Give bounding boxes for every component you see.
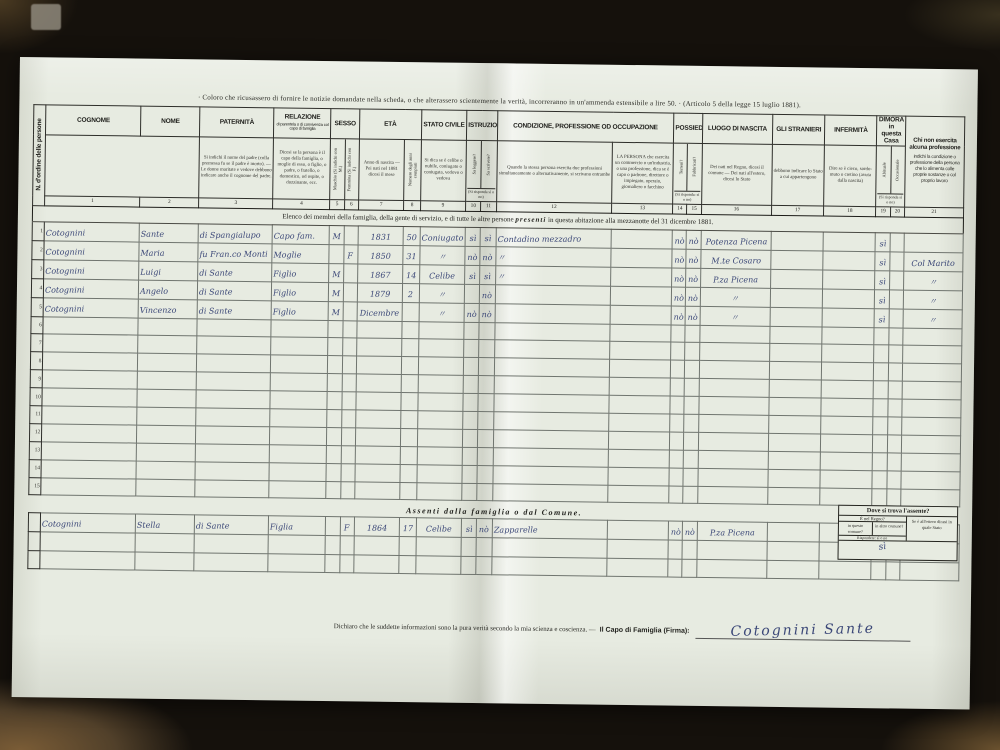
cell-col5 [326,481,340,499]
cell-col3 [196,426,270,445]
cell-col10: sì [465,265,480,284]
row-number: 6 [31,316,44,334]
cell-col15: nò [686,268,700,287]
cell-col8 [401,411,417,429]
cell-col7: 1867 [357,263,403,283]
cell-col5: M [328,301,342,320]
cell-col8 [400,482,416,500]
handwritten-entry: sì [469,271,476,280]
header-infermita: INFERMITÀ [825,115,878,145]
cell-col4 [269,462,326,481]
cell-col11 [478,376,493,394]
cell-col13 [609,449,670,468]
cell-col9 [417,447,463,465]
handwritten-entry: nò [479,526,489,535]
handwritten-entry: 〃 [438,289,446,300]
present-rows: 1CotogniniSantedi SpangialupoCapo fam.M1… [29,221,964,507]
cell-col4 [271,337,328,356]
cell-col12 [494,358,610,377]
cell-col21 [901,453,960,472]
header-eta: ETÀ [359,109,421,139]
desc-stranieri: debbono indicare lo Stato a cui apparten… [772,144,825,206]
cell-col7 [354,536,400,555]
handwritten-entry: P.za Picena [710,529,755,538]
cell-col15: nò [686,249,700,268]
cell-col1 [40,551,135,571]
cell-col3: di Sante [197,299,271,319]
handwritten-entry: 17 [403,525,413,534]
cell-col12 [493,430,609,449]
cell-col3 [194,553,268,572]
cell-col16 [699,343,770,362]
cell-col1 [41,460,136,479]
cell-col19 [874,345,888,363]
cell-col11: sì [480,227,495,246]
cell-col16: M.te Cosaro [701,249,772,269]
cell-col15 [685,361,699,379]
cell-col11: nò [479,303,494,322]
cell-col11 [479,340,494,358]
cell-col13 [608,467,669,486]
cell-col6 [341,463,355,481]
cell-col13 [609,395,670,414]
cell-col20 [890,251,904,270]
cell-col14 [671,342,685,360]
desc-cognome-nome [45,134,200,197]
handwritten-entry: Cotognini [42,520,82,529]
cell-col6 [342,374,356,392]
cell-col4 [268,554,325,573]
handwritten-entry: 〃 [438,308,446,319]
handwritten-entry: di Sante [196,522,230,531]
cell-col21 [903,328,962,347]
cell-col13 [610,342,671,361]
cell-col15 [685,325,699,343]
cell-col5 [328,356,342,374]
handwritten-entry: sì [470,233,477,242]
cell-col13 [609,413,670,432]
cell-col12 [494,376,610,395]
cell-col8 [399,537,415,556]
cell-col11 [478,447,493,465]
cell-col18 [822,308,874,328]
header-non-esercita: Chi non esercita alcuna professioneindic… [905,116,965,207]
cell-col17 [767,523,819,543]
cell-col2 [137,389,196,408]
cell-col1: Cotognini [44,278,139,298]
subcol-anni-compiuti: Numero degli anni compiuti [404,139,421,200]
cell-col7 [356,392,402,410]
cell-col11 [476,556,491,575]
cell-col16 [697,486,768,505]
row-number: 14 [29,459,42,477]
cell-col1 [42,406,137,425]
row-number: 11 [30,406,43,424]
row-number: 5 [31,297,44,316]
cell-col2 [135,552,194,571]
photo-background: · Coloro che ricusassero di fornire le n… [0,0,1000,750]
column-number: 10 [466,201,481,211]
cell-col5 [326,517,340,536]
handwritten-entry: Moglie [274,250,302,259]
cell-col9 [417,411,463,429]
cell-col16: Potenza Picena [701,230,772,250]
cell-col3: di Sante [198,280,272,300]
header-paternita: PATERNITÀ [200,107,274,138]
cell-col10 [461,556,476,575]
cell-col18 [821,416,873,435]
handwritten-entry: Figlia [270,523,293,532]
signature: Cotognini Sante [731,621,876,640]
cell-col8 [400,464,416,482]
cell-col1: Cotognini [41,513,136,533]
row-number: 10 [30,388,43,406]
cell-col17 [768,487,820,506]
cell-col20 [890,232,904,251]
cell-col2 [136,461,195,480]
handwritten-entry: nò [673,312,683,321]
cell-col16 [700,325,771,344]
header-stranieri: GLI STRANIERI [772,114,825,144]
header-luogo-nascita: LUOGO DI NASCITA [702,113,773,143]
cell-col12: 〃 [495,265,611,286]
handwritten-entry: Potenza Picena [705,237,767,246]
cell-col8 [401,428,417,446]
absent-estero-label: Se è all'estero dicasi in quale Stato [906,517,957,541]
cell-col8 [402,357,418,375]
cell-col16: 〃 [700,306,771,326]
cell-col13 [607,558,668,577]
cell-col4 [270,409,327,428]
handwritten-entry: 〃 [929,315,937,326]
cell-col17 [768,469,820,488]
cell-col4 [271,319,328,338]
handwritten-entry: nò [688,255,698,264]
cell-col5 [327,392,341,410]
column-number: 9 [420,200,466,211]
cell-col7: Dicembre [357,301,403,321]
cell-col13 [611,267,672,287]
cell-col4: Moglie [272,243,329,263]
cell-col1 [43,370,138,389]
cell-col5 [327,410,341,428]
cell-col11 [477,483,492,501]
subcols-dimora: Abituale Occasionale (Si risponda sì o n… [876,145,905,206]
cell-col4 [271,355,328,374]
cell-col8: 50 [403,226,419,245]
handwritten-entry: nò [674,236,684,245]
cell-col19 [873,435,887,453]
cell-col10: sì [461,519,476,538]
handwritten-entry: Cotognini [46,247,86,256]
column-number: 8 [404,200,420,210]
cell-col12 [491,557,607,577]
cell-col6 [340,481,354,499]
handwritten-entry: M [332,289,340,298]
cell-col15 [684,450,698,468]
cell-col2 [136,479,195,498]
cell-col2 [138,371,197,390]
cell-col16 [698,450,769,469]
handwritten-entry: 2 [408,290,413,299]
cell-col17 [771,250,823,270]
cell-col10 [462,447,477,465]
cell-col3 [197,354,271,373]
handwritten-entry: nò [468,252,478,261]
cell-col5 [327,445,341,463]
cell-col18 [820,488,872,507]
cell-col20 [888,381,902,399]
handwritten-entry: Col Marito [912,258,955,267]
subcols-sesso: Maschio (Si indichi con M.) Femmina (Si … [330,138,359,199]
cell-col14 [670,396,684,414]
row-number: 15 [29,477,42,495]
handwritten-entry: Contadino mezzadro [497,234,581,243]
cell-col18 [821,434,873,453]
cell-col10 [462,465,477,483]
cell-col4: Figlio [272,281,329,301]
cell-col6 [343,301,357,320]
cell-col13 [611,229,672,249]
column-number: 17 [772,205,824,216]
cell-col9: Coniugato [420,226,466,246]
cell-col12: 〃 [495,246,611,267]
cell-col14: nò [671,306,685,325]
handwritten-entry: Maria [141,248,165,257]
handwritten-entry: di Spangialupo [200,230,261,239]
cell-col21 [902,363,961,382]
row-number: 3 [32,259,45,278]
desc-luogo-nascita: Dei nati nel Regno, dicesi il comune — D… [701,143,772,205]
cell-col4 [270,427,327,446]
cell-col18 [822,327,874,346]
handwritten-entry: 1864 [367,524,387,533]
handwritten-entry: nò [482,291,492,300]
cell-col7: 1864 [354,517,400,537]
desc-paternita: Si indichi il nome del padre (colla prem… [199,136,274,198]
cell-col14 [669,450,683,468]
cell-col7 [356,338,402,356]
cell-col13 [607,540,668,559]
cell-col12 [493,448,609,467]
cell-col9 [418,321,464,339]
cell-col9 [416,482,462,500]
absent-rows: CotogniniStelladi SanteFigliaF186417Celi… [28,513,960,581]
cell-col19: sì [875,308,889,327]
handwritten-entry: Figlio [273,269,296,278]
cell-col17 [770,344,822,363]
header-sesso: SESSO [331,109,360,139]
handwritten-entry: sì [484,272,491,281]
cell-col16 [698,414,769,433]
cell-col2: Angelo [139,280,198,300]
cell-col19 [872,488,886,506]
row-number: 4 [31,278,44,297]
row-number: 1 [32,221,45,240]
cell-col3 [196,390,270,409]
handwritten-entry: Celibe [429,271,455,280]
handwritten-entry: F [348,251,354,260]
handwritten-entry: nò [674,274,684,283]
cell-col17 [767,560,819,579]
cell-col5 [328,320,342,338]
cell-col6 [343,263,357,282]
cell-col21: Col Marito [904,252,963,272]
cell-col14 [670,378,684,396]
cell-col21: 〃 [904,271,963,291]
absent-altro-comune-label: in altro comune? [872,523,906,536]
handwritten-entry: Coniugato [422,233,464,242]
handwritten-entry: sì [879,239,886,248]
cell-col1 [41,477,136,496]
cell-col12 [494,322,610,341]
handwritten-entry: 〃 [438,251,446,262]
cell-col20 [889,308,903,327]
cell-col4: Figlia [269,516,326,536]
cell-col18 [820,452,872,471]
cell-col1: Cotognini [43,297,138,317]
cell-col6 [340,536,354,555]
cell-col4: Capo fam. [272,224,329,244]
cell-col8: 2 [403,283,419,302]
cell-col9 [417,429,463,447]
cell-col3: fu Fran.co Monti [198,242,272,262]
cell-col9 [415,556,461,575]
cell-col7: 1850 [358,245,404,265]
cell-col10 [462,483,477,501]
handwritten-entry: 14 [406,271,416,280]
cell-col16: 〃 [700,287,771,307]
cell-col18 [822,344,874,363]
cell-col18 [822,362,874,381]
desc-condizione-1: Quando la stessa persona esercita due pr… [496,140,613,203]
header-istruzione: ISTRUZIONE [467,110,498,140]
row-number: 2 [32,240,45,259]
cell-col2 [137,443,196,462]
cell-col1 [43,352,138,371]
desc-infermita: Dire se è cieco, sordo-muto o cretino (a… [824,145,877,207]
cell-col18 [823,270,875,290]
cell-col9 [418,375,464,393]
handwritten-entry: nò [674,293,684,302]
cell-col20 [889,289,903,308]
cell-col10 [463,393,478,411]
handwritten-entry: 〃 [497,252,505,263]
handwritten-entry: P.za Picena [713,275,758,284]
cell-col19 [873,452,887,470]
cell-col12: Zapparelle [492,519,608,540]
cell-col6: F [340,517,354,536]
cell-col18 [821,398,873,417]
handwritten-entry: 1867 [370,270,390,279]
cell-col14: nò [672,268,686,287]
handwritten-entry: di Sante [199,268,233,277]
cell-col18 [819,561,871,580]
cell-col16 [699,397,770,416]
cell-col19 [872,470,886,488]
cell-col8 [402,339,418,357]
handwritten-entry: Cotognini [46,266,86,275]
cell-col10 [463,411,478,429]
cell-col3 [195,462,269,481]
cell-col5: M [329,225,343,244]
cell-col16 [698,468,769,487]
declaration-text: Dichiaro che le suddette informazioni so… [334,624,596,634]
column-number: 19 [876,206,890,216]
cell-col7 [355,481,401,499]
cell-col3: di Sante [198,261,272,281]
cell-col12 [494,340,610,359]
handwritten-entry: 〃 [929,277,937,288]
cell-col17 [770,288,822,308]
row-number: 8 [30,352,43,370]
cell-col19 [874,363,888,381]
handwritten-entry: F [344,524,350,533]
cell-col21 [903,346,962,365]
cell-col4 [269,480,326,499]
cell-col18 [821,380,873,399]
handwritten-entry: Zapparelle [493,526,537,535]
cell-col12 [492,465,608,484]
cell-col6: F [343,244,357,263]
handwritten-entry: 31 [406,252,416,261]
cell-col17 [767,542,819,561]
handwritten-entry: Capo fam. [274,231,315,240]
cell-col15 [682,541,696,560]
cell-col1: Cotognini [44,221,139,241]
cell-col11: nò [480,246,495,265]
cell-col10: sì [465,227,480,246]
cell-col21 [902,381,961,400]
cell-col20 [889,270,903,289]
cell-col8 [401,446,417,464]
cell-col9 [418,357,464,375]
cell-col1 [42,388,137,407]
cell-col13 [611,286,672,306]
cell-col8 [399,555,415,574]
cell-col7 [355,428,401,446]
cell-col13 [610,377,671,396]
cell-col2: Stella [136,515,195,535]
desc-condizione-2: LA PERSONA che esercita un commercio o u… [612,142,674,204]
cell-col14 [670,414,684,432]
cell-col18 [823,289,875,309]
cell-col1 [40,532,135,552]
cell-col15 [685,378,699,396]
header-stato-civile: STATO CIVILE [421,110,467,140]
cell-col18 [823,251,875,271]
subcols-possiede: Terreni? Fabbricati? (Si risponda: sì o … [673,143,702,204]
cell-col3 [196,372,270,391]
cell-col9: Celibe [419,264,465,284]
header-nome: NOME [141,106,200,136]
cell-col7 [356,410,402,428]
handwritten-entry: nò [467,309,477,318]
cell-col15 [683,486,697,504]
handwritten-entry: 50 [407,233,417,242]
column-number: 20 [890,206,904,216]
cell-col6 [342,320,356,338]
cell-col1 [42,442,137,461]
cell-col17 [768,433,820,452]
row-number: 9 [30,370,43,388]
cell-col11 [479,358,494,376]
column-number: 5 [330,199,344,209]
cell-col7 [356,356,402,374]
cell-col19 [873,417,887,435]
column-number: 14 [673,204,687,214]
cell-col20 [887,471,901,489]
